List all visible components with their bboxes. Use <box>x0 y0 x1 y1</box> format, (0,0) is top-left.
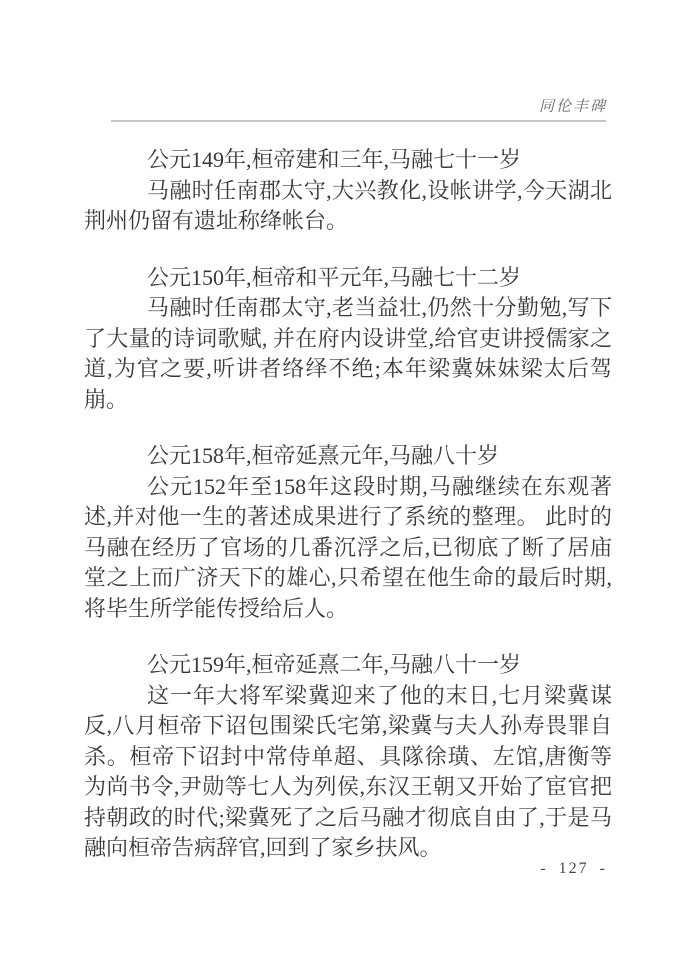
section: 公元149年,桓帝建和三年,马融七十一岁马融时任南郡太守,大兴教化,设帐讲学,今… <box>84 145 612 237</box>
section-paragraph: 公元152年至158年这段时期,马融继续在东观著述,并对他一生的著述成果进行了系… <box>84 472 612 625</box>
section-heading: 公元159年,桓帝延熹二年,马融八十一岁 <box>84 650 612 681</box>
section: 公元150年,桓帝和平元年,马融七十二岁马融时任南郡太守,老当益壮,仍然十分勤勉… <box>84 263 612 416</box>
header-rule <box>111 120 606 122</box>
section: 公元159年,桓帝延熹二年,马融八十一岁这一年大将军梁冀迎来了他的末日,七月梁冀… <box>84 650 612 864</box>
section-heading: 公元150年,桓帝和平元年,马融七十二岁 <box>84 263 612 294</box>
section-heading: 公元158年,桓帝延熹元年,马融八十岁 <box>84 441 612 472</box>
section-paragraph: 马融时任南郡太守,老当益壮,仍然十分勤勉,写下了大量的诗词歌赋, 并在府内设讲堂… <box>84 293 612 415</box>
section-paragraph: 马融时任南郡太守,大兴教化,设帐讲学,今天湖北荆州仍留有遗址称绛帐台。 <box>84 176 612 237</box>
page-number: - 127 - <box>540 860 607 877</box>
book-page: 同伦丰碑 公元149年,桓帝建和三年,马融七十一岁马融时任南郡太守,大兴教化,设… <box>0 0 692 968</box>
section-heading: 公元149年,桓帝建和三年,马融七十一岁 <box>84 145 612 176</box>
page-content: 公元149年,桓帝建和三年,马融七十一岁马融时任南郡太守,大兴教化,设帐讲学,今… <box>84 145 612 864</box>
page-footer: - 127 - <box>540 860 607 878</box>
section: 公元158年,桓帝延熹元年,马融八十岁公元152年至158年这段时期,马融继续在… <box>84 441 612 624</box>
section-paragraph: 这一年大将军梁冀迎来了他的末日,七月梁冀谋反,八月桓帝下诏包围梁氏宅第,梁冀与夫… <box>84 681 612 864</box>
running-head-title: 同伦丰碑 <box>539 95 607 116</box>
